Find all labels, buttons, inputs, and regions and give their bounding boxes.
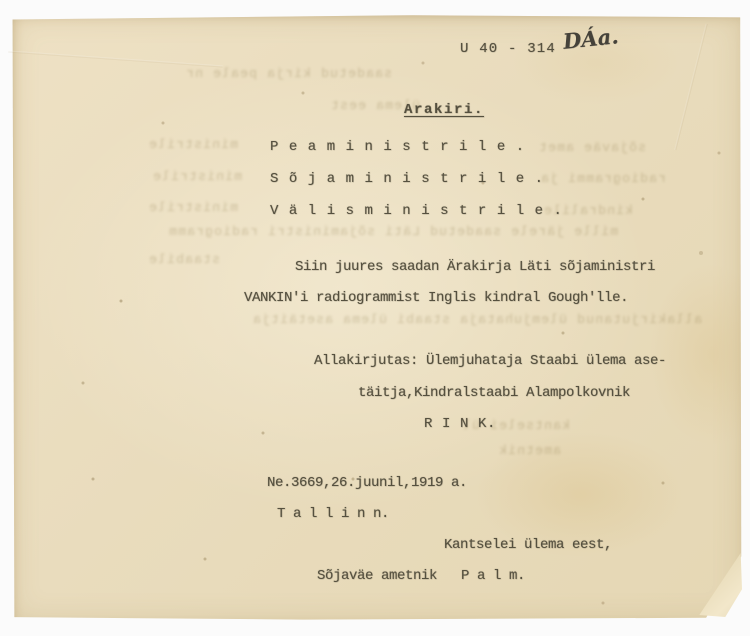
signature-name: R I N K. bbox=[424, 415, 496, 433]
paper-speckles bbox=[0, 0, 2, 2]
office-line: Kantselei ülema eest, bbox=[444, 536, 612, 554]
addressee-peaminister: Peaministrile. bbox=[270, 138, 535, 156]
bleedthrough-text: mille järele saadetud Läti sõjaministri … bbox=[168, 224, 618, 239]
body-line-1: Siin juures saadan Ärakirja Läti sõjamin… bbox=[295, 258, 655, 276]
bleedthrough-text: saadetud kirja peale nr bbox=[185, 66, 392, 81]
number-and-date: Ne.3669,26.juunil,1919 a. bbox=[267, 474, 467, 492]
body-line-2: VANKIN'i radiogrammist Inglis kindral Go… bbox=[244, 289, 628, 307]
city-line: T a l l i n n. bbox=[277, 505, 389, 523]
scanned-document-page: saadetud kirja peale nr ülema eest minis… bbox=[0, 0, 750, 636]
addressee-sojaminister: Sõjaministrile. bbox=[270, 170, 554, 188]
official-line: Sõjaväe ametnik P a l m. bbox=[317, 567, 525, 585]
bleedthrough-text: sõjaväe amet bbox=[538, 140, 646, 155]
document-title: Arakiri. bbox=[404, 101, 484, 119]
reference-code: U 40 - 314 bbox=[460, 40, 556, 58]
signature-line-1: Allakirjutas: Ülemjuhataja Staabi ülema … bbox=[314, 352, 666, 370]
bleedthrough-text: radiogrammi ja bbox=[540, 171, 666, 186]
bleedthrough-text: allakirjutanud ülemjuhataja staabi ülema… bbox=[252, 312, 702, 327]
bleedthrough-text: staabile bbox=[148, 252, 220, 267]
bleedthrough-text: ministrile bbox=[148, 137, 238, 152]
bleedthrough-text: ametnik bbox=[498, 443, 561, 458]
addressee-valisminister: Välisministrile. bbox=[270, 202, 572, 220]
bleedthrough-text: ministrile bbox=[152, 169, 242, 184]
bleedthrough-text: ministrile bbox=[148, 200, 238, 215]
signature-line-2: täitja,Kindralstaabi Alampolkovnik bbox=[358, 384, 630, 402]
